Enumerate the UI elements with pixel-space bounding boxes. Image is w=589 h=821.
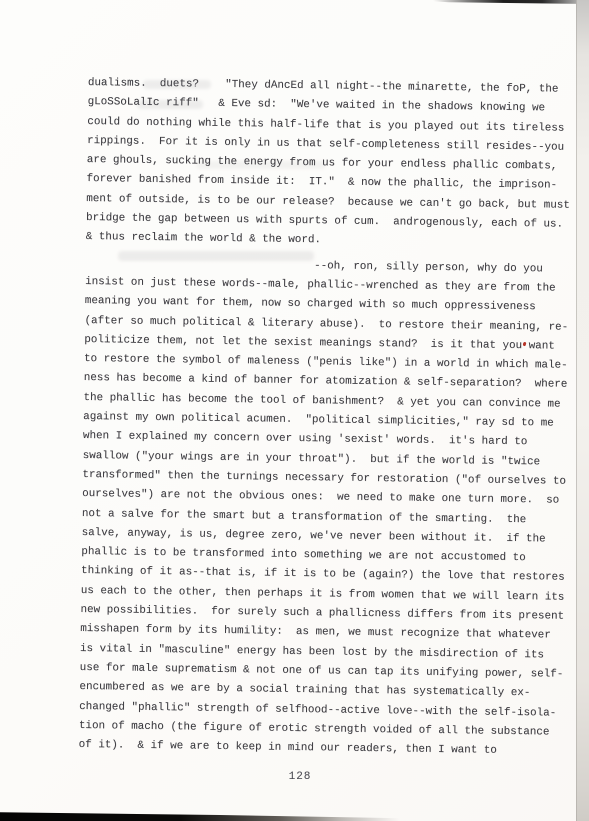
scan-edge-right: [576, 0, 589, 821]
paragraph-2: --oh, ron, silly person, why do youinsis…: [78, 254, 585, 763]
ink-bleed-smudge: [143, 80, 211, 89]
scan-edge-top: [433, 0, 589, 4]
typewritten-text-block: dualisms. duets? "They dAncEd all night-…: [78, 74, 587, 762]
scanned-page: dualisms. duets? "They dAncEd all night-…: [0, 0, 589, 821]
ink-bleed-smudge: [137, 100, 203, 109]
scan-edge-bottom: [0, 811, 400, 821]
page-number: 128: [278, 771, 322, 783]
ink-bleed-smudge: [196, 161, 326, 169]
ink-bleed-smudge: [118, 251, 314, 261]
